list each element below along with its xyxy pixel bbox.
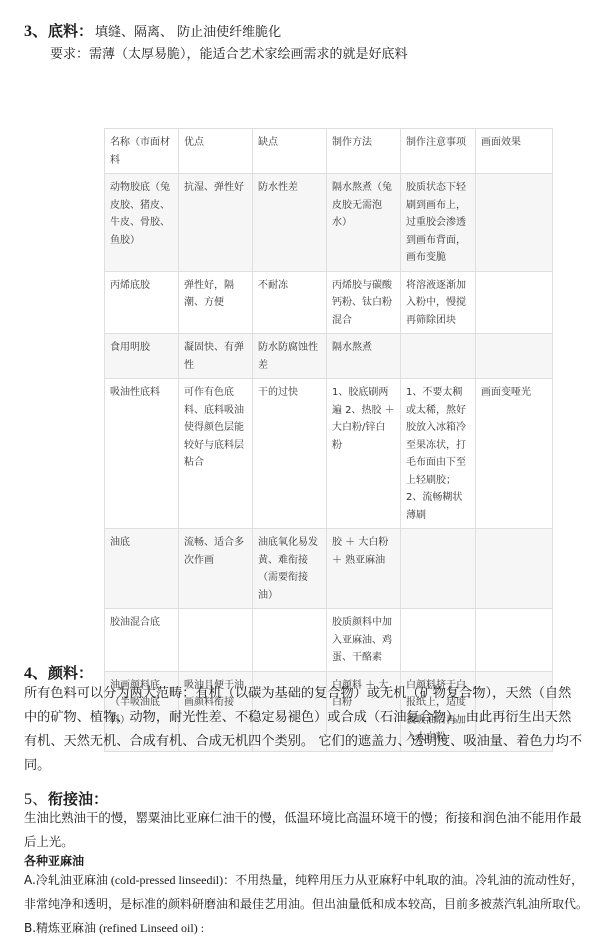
section-4-body: 所有色料可以分为两大范畴：有机（以碳为基础的复合物）或无机（矿物复合物），天然（… — [24, 682, 584, 778]
table-cell — [401, 609, 476, 672]
table-cell: 丙烯胶与碳酸钙粉、钛白粉混合 — [327, 271, 401, 334]
table-cell: 不耐冻 — [253, 271, 327, 334]
table-cell — [476, 609, 553, 672]
linseed-item-a-label: A.冷轧油亚麻油 — [24, 873, 108, 887]
table-cell: 胶质颜料中加入亚麻油、鸡蛋、干酪素 — [327, 609, 401, 672]
table-cell: 丙烯底胶 — [105, 271, 179, 334]
linseed-oils-subheading: 各种亚麻油 — [24, 852, 84, 869]
table-row: 食用明胶 凝固快、有弹性 防水防腐蚀性差 隔水熬煮 — [105, 334, 553, 379]
table-cell: 干的过快 — [253, 379, 327, 529]
section-3-heading: 3、底料：填缝、隔离、 防止油使纤维脆化 — [24, 18, 281, 41]
section-4-title: 颜料： — [48, 664, 93, 682]
section-3-requirement: 要求：需薄（太厚易脆），能适合艺术家绘画需求的就是好底料 — [50, 43, 408, 62]
ground-materials-table: 名称（市面材料 优点 缺点 制作方法 制作注意事项 画面效果 动物胶底（兔皮胶、… — [104, 128, 553, 752]
table-cell — [253, 609, 327, 672]
table-header-cell: 名称（市面材料 — [105, 129, 179, 174]
table-header-cell: 缺点 — [253, 129, 327, 174]
table-cell: 动物胶底（兔皮胶、猪皮、牛皮、骨胶、鱼胶） — [105, 174, 179, 272]
linseed-item-a: A.冷轧油亚麻油 (cold-pressed linseedil)：不用热量，纯… — [24, 868, 589, 916]
table-cell: 画面变哑光 — [476, 379, 553, 529]
table-cell: 胶油混合底 — [105, 609, 179, 672]
table-cell: 隔水熬煮 — [327, 334, 401, 379]
table-header-row: 名称（市面材料 优点 缺点 制作方法 制作注意事项 画面效果 — [105, 129, 553, 174]
table-cell: 隔水熬煮（兔皮胶无需泡水） — [327, 174, 401, 272]
table-header-cell: 制作方法 — [327, 129, 401, 174]
table-cell — [401, 529, 476, 609]
table-header-cell: 制作注意事项 — [401, 129, 476, 174]
section-3-number: 3、 — [24, 23, 48, 40]
section-5-body: 生油比熟油干的慢，罂粟油比亚麻仁油干的慢，低温环境比高温环境干的慢；衔接和润色油… — [24, 806, 589, 854]
table-cell: 食用明胶 — [105, 334, 179, 379]
linseed-item-a-latin: (cold-pressed linseedil) — [108, 873, 223, 887]
table-cell: 胶质状态下轻刷到画布上，过重胶会渗透到画布背面，画布变脆 — [401, 174, 476, 272]
table-cell: 油底 — [105, 529, 179, 609]
table-row: 丙烯底胶 弹性好，隔潮、方便 不耐冻 丙烯胶与碳酸钙粉、钛白粉混合 将溶液逐渐加… — [105, 271, 553, 334]
table-cell: 1、胶底刷两遍 2、热胶 ＋ 大白粉/锌白粉 — [327, 379, 401, 529]
table-cell: 防水性差 — [253, 174, 327, 272]
linseed-item-b: B.精炼亚麻油 (refined Linseed oil) : — [24, 916, 589, 940]
table-cell: 1、不要太稠或太稀，熬好胶放入冰箱冷至果冻状，打毛布面由下至上轻刷胶；2、流畅糊… — [401, 379, 476, 529]
table-cell — [476, 174, 553, 272]
table-cell — [476, 271, 553, 334]
linseed-item-b-label: B.精炼亚麻油 — [24, 921, 96, 935]
table-cell: 防水防腐蚀性差 — [253, 334, 327, 379]
table-cell — [476, 529, 553, 609]
table-cell: 可作有色底料、底料吸油使得颜色层能较好与底料层粘合 — [179, 379, 253, 529]
table-row: 吸油性底料 可作有色底料、底料吸油使得颜色层能较好与底料层粘合 干的过快 1、胶… — [105, 379, 553, 529]
table-header-cell: 优点 — [179, 129, 253, 174]
section-3-title: 底料： — [48, 22, 93, 40]
section-4-number: 4、 — [24, 665, 48, 682]
table-row: 动物胶底（兔皮胶、猪皮、牛皮、骨胶、鱼胶） 抗湿、弹性好 防水性差 隔水熬煮（兔… — [105, 174, 553, 272]
table-cell: 流畅、适合多次作画 — [179, 529, 253, 609]
table-cell: 弹性好，隔潮、方便 — [179, 271, 253, 334]
table-cell: 胶 ＋ 大白粉 ＋ 熟亚麻油 — [327, 529, 401, 609]
table-cell — [476, 334, 553, 379]
section-3-description: 填缝、隔离、 防止油使纤维脆化 — [95, 25, 281, 40]
table-cell: 油底氧化易发黄、难衔接（需要衔接油） — [253, 529, 327, 609]
table-cell: 抗湿、弹性好 — [179, 174, 253, 272]
table-cell — [401, 334, 476, 379]
linseed-item-b-latin: (refined Linseed oil) : — [96, 921, 204, 935]
section-4-heading: 4、颜料： — [24, 660, 93, 683]
table-cell: 凝固快、有弹性 — [179, 334, 253, 379]
table-cell — [179, 609, 253, 672]
table-cell: 吸油性底料 — [105, 379, 179, 529]
table-row: 油底 流畅、适合多次作画 油底氧化易发黄、难衔接（需要衔接油） 胶 ＋ 大白粉 … — [105, 529, 553, 609]
table-header-cell: 画面效果 — [476, 129, 553, 174]
table-row: 胶油混合底 胶质颜料中加入亚麻油、鸡蛋、干酪素 — [105, 609, 553, 672]
table-cell: 将溶液逐渐加入粉中，慢搅再筛除团块 — [401, 271, 476, 334]
